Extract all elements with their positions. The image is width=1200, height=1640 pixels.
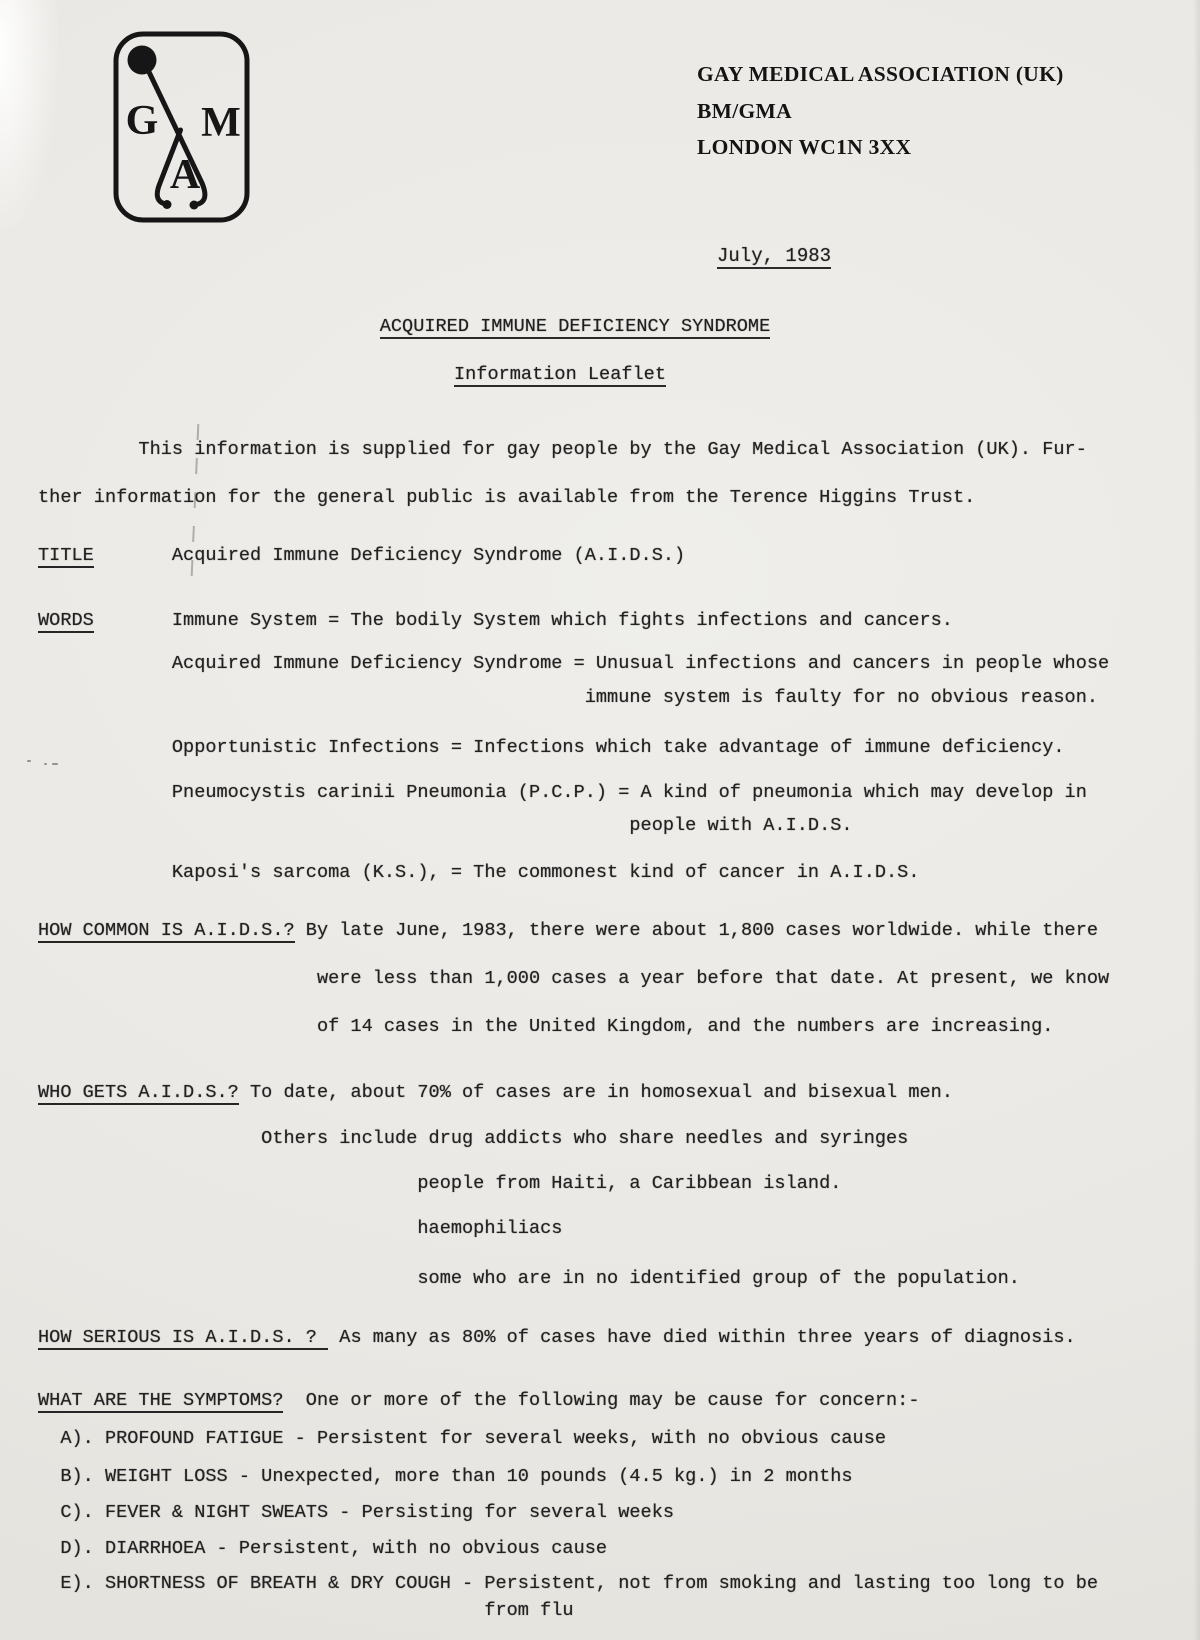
line-who-gets-4: haemophiliacs: [38, 1216, 562, 1242]
scanned-leaflet-page: G M A GAY MEDICAL ASSOCIATION (UK) BM/GM…: [0, 0, 1200, 1640]
line-symptoms-heading: WHAT ARE THE SYMPTOMS? One or more of th…: [38, 1388, 920, 1414]
scan-speck: [52, 763, 58, 765]
document-date: July, 1983: [717, 243, 831, 269]
logo-letter-g: G: [126, 98, 159, 144]
line-def-pcp-1: Pneumocystis carinii Pneumonia (P.C.P.) …: [38, 780, 1087, 806]
logo-letter-a: A: [170, 152, 201, 198]
line-def-opportunistic: Opportunistic Infections = Infections wh…: [38, 735, 1065, 761]
line-who-gets-3: people from Haiti, a Caribbean island.: [38, 1171, 841, 1197]
line-how-common-3: of 14 cases in the United Kingdom, and t…: [38, 1014, 1053, 1040]
line-who-gets-1: WHO GETS A.I.D.S.? To date, about 70% of…: [38, 1080, 953, 1106]
gma-logo: G M A: [113, 31, 250, 223]
scan-speck: [44, 763, 47, 765]
line-symptom-b: B). WEIGHT LOSS - Unexpected, more than …: [38, 1464, 853, 1490]
line-def-aids-1: Acquired Immune Deficiency Syndrome = Un…: [38, 651, 1109, 677]
scan-speck: [27, 760, 31, 762]
subtitle: Information Leaflet: [0, 362, 1160, 388]
line-symptom-e-2: from flu: [38, 1598, 574, 1624]
line-how-common-2: were less than 1,000 cases a year before…: [38, 966, 1109, 992]
line-how-common-1: HOW COMMON IS A.I.D.S.? By late June, 19…: [38, 918, 1098, 944]
line-title-row: TITLE Acquired Immune Deficiency Syndrom…: [38, 543, 685, 569]
line-symptom-d: D). DIARRHOEA - Persistent, with no obvi…: [38, 1536, 607, 1562]
line-symptom-a: A). PROFOUND FATIGUE - Persistent for se…: [38, 1426, 886, 1452]
main-title: ACQUIRED IMMUNE DEFICIENCY SYNDROME: [0, 314, 1175, 340]
line-def-kaposi: Kaposi's sarcoma (K.S.), = The commonest…: [38, 860, 920, 886]
org-box: BM/GMA: [697, 93, 1064, 130]
line-how-serious: HOW SERIOUS IS A.I.D.S. ? As many as 80%…: [38, 1325, 1076, 1351]
line-def-pcp-2: people with A.I.D.S.: [38, 813, 853, 839]
line-intro-2: ther information for the general public …: [38, 485, 975, 511]
scan-edge-shadow: [1193, 0, 1200, 1640]
org-city: LONDON WC1N 3XX: [697, 129, 1064, 166]
line-def-aids-2: immune system is faulty for no obvious r…: [38, 685, 1098, 711]
logo-letter-m: M: [201, 100, 241, 146]
line-who-gets-2: Others include drug addicts who share ne…: [38, 1126, 908, 1152]
org-address-block: GAY MEDICAL ASSOCIATION (UK) BM/GMA LOND…: [697, 56, 1064, 166]
line-words-row: WORDS Immune System = The bodily System …: [38, 608, 953, 634]
line-who-gets-5: some who are in no identified group of t…: [38, 1266, 1020, 1292]
org-name: GAY MEDICAL ASSOCIATION (UK): [697, 56, 1064, 93]
line-symptom-c: C). FEVER & NIGHT SWEATS - Persisting fo…: [38, 1500, 674, 1526]
line-symptom-e-1: E). SHORTNESS OF BREATH & DRY COUGH - Pe…: [38, 1571, 1098, 1597]
